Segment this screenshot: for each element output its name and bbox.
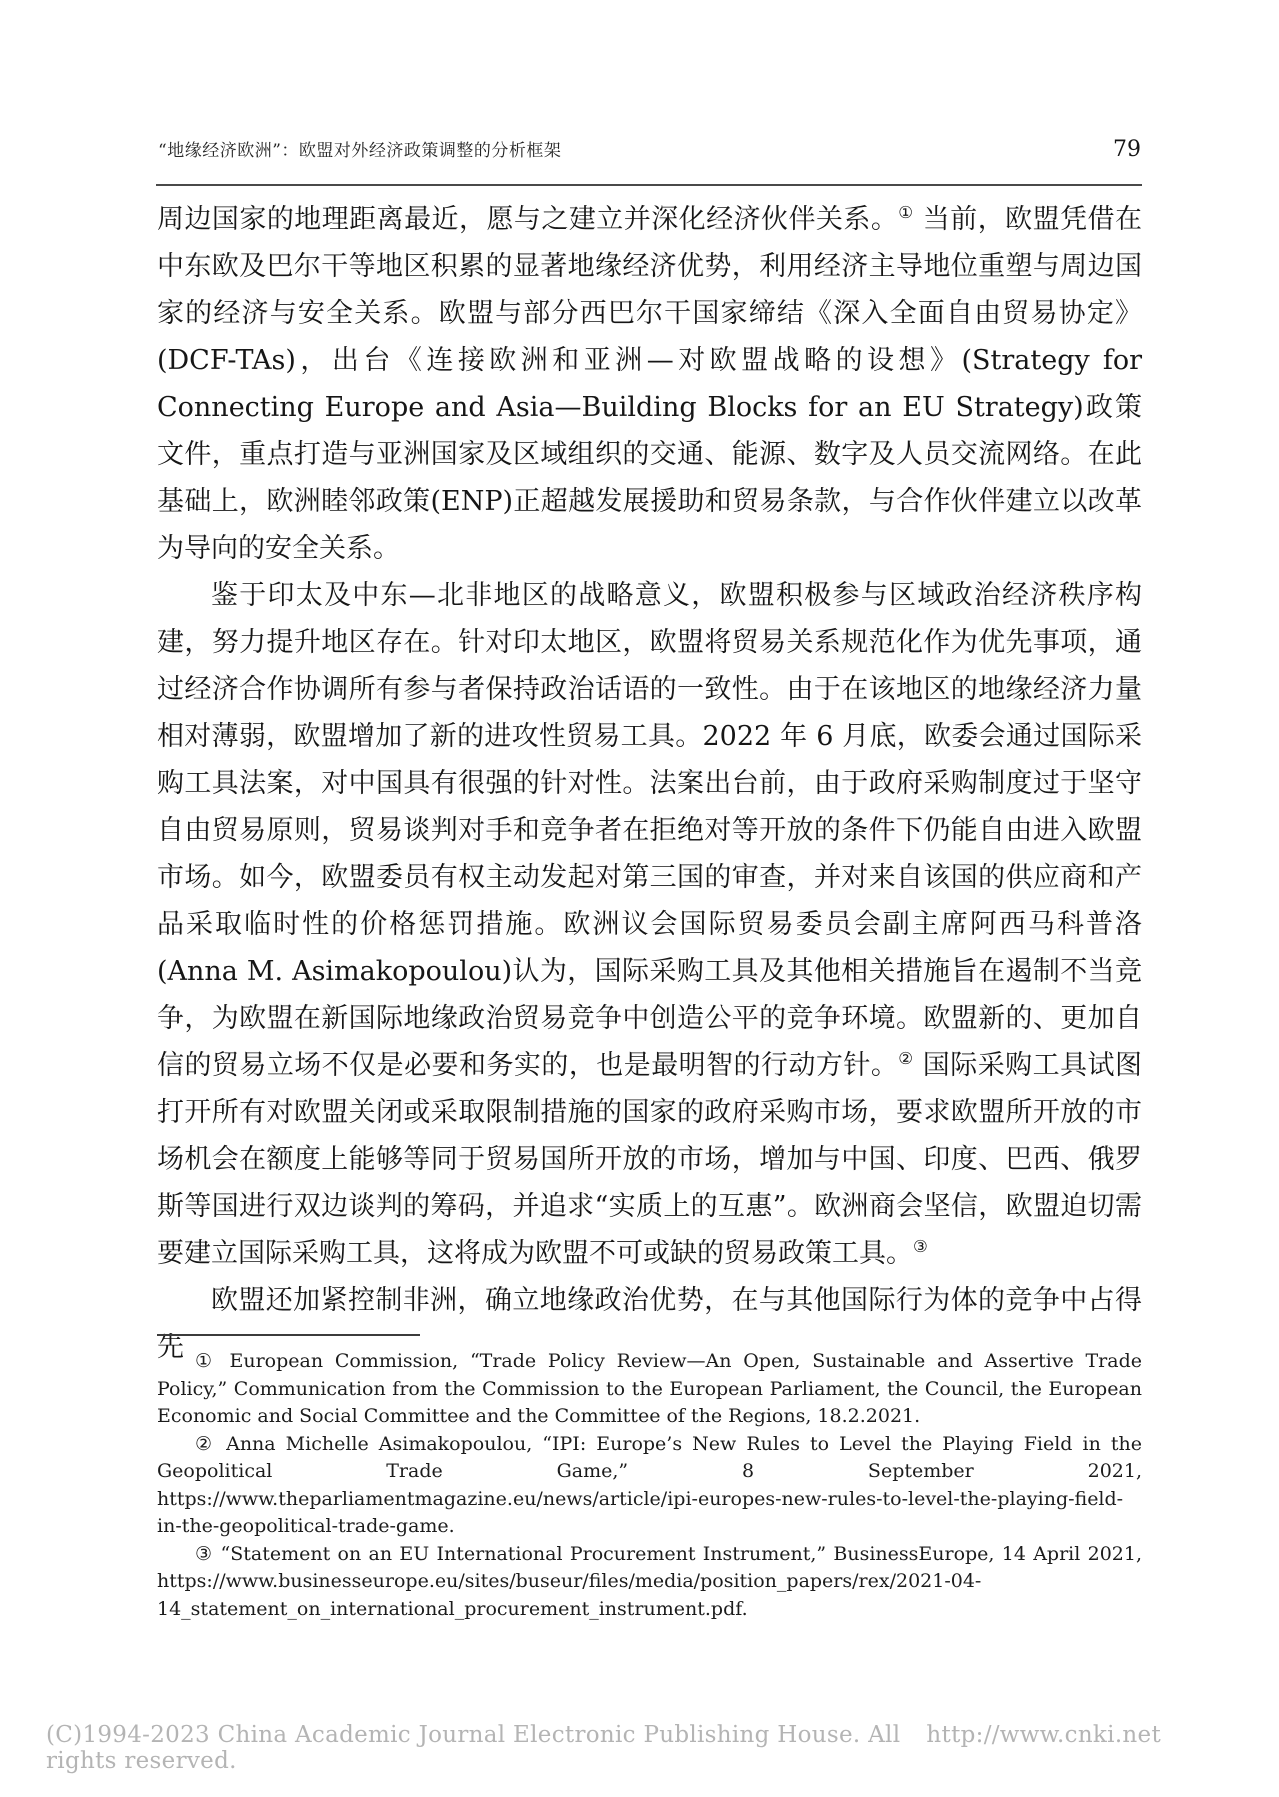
footnotes-section: ① European Commission, “Trade Policy Rev… bbox=[157, 1348, 1142, 1623]
article-body: 周边国家的地理距离最近，愿与之建立并深化经济伙伴关系。① 当前，欧盟凭借在中东欧… bbox=[157, 196, 1142, 1371]
copyright-text: (C)1994-2023 China Academic Journal Elec… bbox=[46, 1722, 926, 1774]
header-divider bbox=[156, 184, 1142, 186]
page-number: 79 bbox=[1113, 137, 1141, 162]
body-paragraph-2: 鉴于印太及中东—北非地区的战略意义，欧盟积极参与区域政治经济秩序构建，努力提升地… bbox=[157, 572, 1142, 1277]
page-header: “地缘经济欧洲”：欧盟对外经济政策调整的分析框架 79 bbox=[158, 136, 1141, 162]
body-paragraph-1: 周边国家的地理距离最近，愿与之建立并深化经济伙伴关系。① 当前，欧盟凭借在中东欧… bbox=[157, 196, 1142, 572]
footnote-item-3: ③ “Statement on an EU International Proc… bbox=[157, 1541, 1142, 1624]
footnote-divider bbox=[157, 1334, 420, 1336]
footnote-item-2: ② Anna Michelle Asimakopoulou, “IPI: Eur… bbox=[157, 1431, 1142, 1541]
footnote-item-1: ① European Commission, “Trade Policy Rev… bbox=[157, 1348, 1142, 1431]
document-page: “地缘经济欧洲”：欧盟对外经济政策调整的分析框架 79 周边国家的地理距离最近，… bbox=[0, 0, 1279, 1797]
cnki-url: http://www.cnki.net bbox=[926, 1722, 1161, 1774]
watermark-footer: (C)1994-2023 China Academic Journal Elec… bbox=[0, 1722, 1279, 1774]
running-title: “地缘经济欧洲”：欧盟对外经济政策调整的分析框架 bbox=[158, 136, 561, 161]
